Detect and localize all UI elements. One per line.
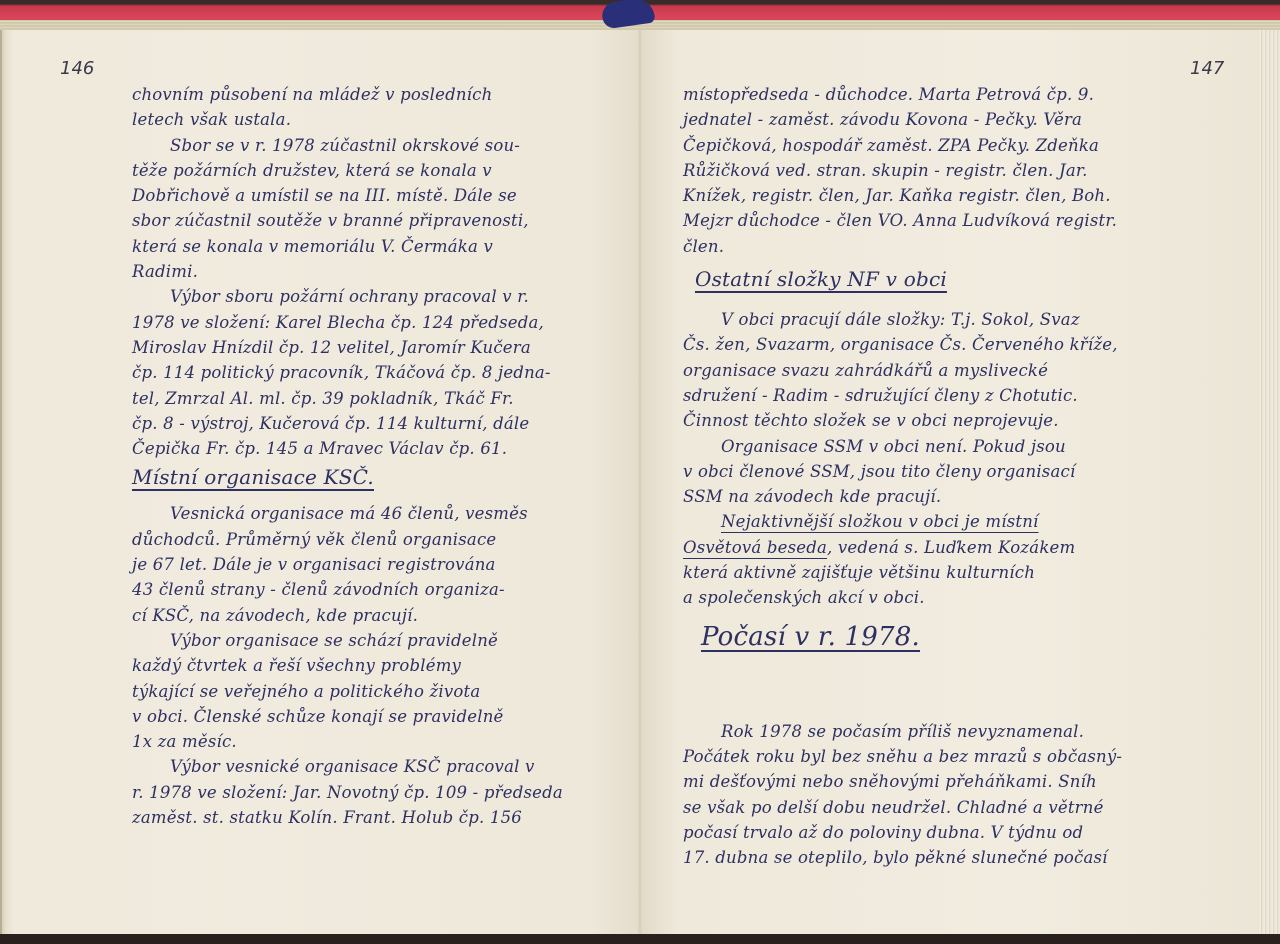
handwritten-line: 1978 ve složení: Karel Blecha čp. 124 př…: [132, 310, 563, 335]
line-text: Růžičková ved. stran. skupin - registr. …: [683, 161, 1088, 180]
line-text: 17. dubna se oteplilo, bylo pěkné sluneč…: [683, 848, 1108, 867]
handwritten-line: Výbor vesnické organisace KSČ pracoval v: [132, 754, 563, 779]
book-gutter: [638, 30, 642, 934]
line-text: důchodců. Průměrný věk členů organisace: [132, 530, 496, 549]
handwritten-line: Nejaktivnější složkou v obci je místní: [683, 509, 1122, 534]
handwritten-line: Knížek, registr. člen, Jar. Kaňka regist…: [683, 183, 1122, 208]
section-heading-ksc: Místní organisace KSČ.: [132, 465, 374, 490]
line-text: zaměst. st. statku Kolín. Frant. Holub č…: [132, 808, 522, 827]
handwritten-line: týkající se veřejného a politického živo…: [132, 679, 563, 704]
handwritten-line: Čs. žen, Svazarm, organisace Čs. Červené…: [683, 332, 1122, 357]
handwritten-line: Mejzr důchodce - člen VO. Anna Ludvíková…: [683, 208, 1122, 233]
handwritten-line: je 67 let. Dále je v organisaci registro…: [132, 552, 563, 577]
handwritten-line: SSM na závodech kde pracují.: [683, 484, 1122, 509]
nf-heading-line: Ostatní složky NF v obci: [683, 259, 1122, 307]
handwritten-line: Organisace SSM v obci není. Pokud jsou: [683, 434, 1122, 459]
line-text: počasí trvalo až do poloviny dubna. V tý…: [683, 823, 1083, 842]
line-text: organisace svazu zahrádkářů a myslivecké: [683, 361, 1048, 380]
handwritten-line: chovním působení na mládež v posledních: [132, 82, 563, 107]
handwritten-line: a společenských akcí v obci.: [683, 585, 1122, 610]
right-intro-paragraph: místopředseda - důchodce. Marta Petrová …: [683, 82, 1122, 259]
handwritten-line: cí KSČ, na závodech, kde pracují.: [132, 603, 563, 628]
handwritten-line: Počátek roku byl bez sněhu a bez mrazů s…: [683, 744, 1122, 769]
handwritten-line: jednatel - zaměst. závodu Kovona - Pečky…: [683, 107, 1122, 132]
handwritten-line: Vesnická organisace má 46 členů, vesměs: [132, 501, 563, 526]
line-text: Čepička Fr. čp. 145 a Mravec Václav čp. …: [132, 439, 507, 458]
line-text: Mejzr důchodce - člen VO. Anna Ludvíková…: [683, 211, 1117, 230]
line-text: sbor zúčastnil soutěže v branné připrave…: [132, 211, 529, 230]
handwritten-line: každý čtvrtek a řeší všechny problémy: [132, 653, 563, 678]
handwritten-line: Výbor sboru požární ochrany pracoval v r…: [132, 284, 563, 309]
line-text: mi dešťovými nebo sněhovými přeháňkami. …: [683, 772, 1097, 791]
line-text: Osvětová beseda: [683, 538, 827, 557]
handwritten-line: čp. 114 politický pracovník, Tkáčová čp.…: [132, 360, 563, 385]
line-text: a společenských akcí v obci.: [683, 588, 925, 607]
section-heading-nf: Ostatní složky NF v obci: [695, 267, 947, 292]
handwritten-line: Rok 1978 se počasím příliš nevyznamenal.: [683, 719, 1122, 744]
line-text: Vesnická organisace má 46 členů, vesměs: [170, 504, 528, 523]
handwritten-line: Čepička Fr. čp. 145 a Mravec Václav čp. …: [132, 436, 563, 461]
handwritten-line: člen.: [683, 234, 1122, 259]
line-text: Nejaktivnější složkou v obci je místní: [721, 512, 1039, 531]
handwritten-line: Růžičková ved. stran. skupin - registr. …: [683, 158, 1122, 183]
line-text: Výbor organisace se schází pravidelně: [170, 631, 498, 650]
handwritten-line: Miroslav Hnízdil čp. 12 velitel, Jaromír…: [132, 335, 563, 360]
line-text: r. 1978 ve složení: Jar. Novotný čp. 109…: [132, 783, 563, 802]
handwritten-line: 1x za měsíc.: [132, 729, 563, 754]
line-text: se však po delší dobu neudržel. Chladné …: [683, 798, 1104, 817]
handwritten-line: která se konala v memoriálu V. Čermáka v: [132, 234, 563, 259]
handwritten-line: Činnost těchto složek se v obci neprojev…: [683, 408, 1122, 433]
handwritten-line: Výbor organisace se schází pravidelně: [132, 628, 563, 653]
left-intro-paragraphs: chovním působení na mládež v posledníchl…: [132, 82, 563, 461]
line-text: letech však ustala.: [132, 110, 291, 129]
ksc-heading-line: Místní organisace KSČ.: [132, 461, 563, 501]
handwritten-line: 17. dubna se oteplilo, bylo pěkné sluneč…: [683, 845, 1122, 870]
ksc-paragraphs: Vesnická organisace má 46 členů, vesměsd…: [132, 501, 563, 830]
line-text: Výbor vesnické organisace KSČ pracoval v: [170, 757, 535, 776]
right-page-edges: [1258, 30, 1280, 934]
line-text: Miroslav Hnízdil čp. 12 velitel, Jaromír…: [132, 338, 531, 357]
line-text: je 67 let. Dále je v organisaci registro…: [132, 555, 496, 574]
handwritten-line: V obci pracují dále složky: T.j. Sokol, …: [683, 307, 1122, 332]
handwritten-line: důchodců. Průměrný věk členů organisace: [132, 527, 563, 552]
right-page-number: 147: [1190, 58, 1224, 79]
line-text: Radimi.: [132, 262, 198, 281]
line-text: Dobřichově a umístil se na III. místě. D…: [132, 186, 517, 205]
handwritten-line: organisace svazu zahrádkářů a myslivecké: [683, 358, 1122, 383]
line-text: V obci pracují dále složky: T.j. Sokol, …: [721, 310, 1080, 329]
line-text: která aktivně zajišťuje většinu kulturní…: [683, 563, 1035, 582]
line-text: jednatel - zaměst. závodu Kovona - Pečky…: [683, 110, 1082, 129]
line-text: těže požárních družstev, která se konala…: [132, 161, 492, 180]
line-text: člen.: [683, 237, 724, 256]
handwritten-line: čp. 8 - výstroj, Kučerová čp. 114 kultur…: [132, 411, 563, 436]
line-text: týkající se veřejného a politického živo…: [132, 682, 480, 701]
line-text: chovním působení na mládež v posledních: [132, 85, 492, 104]
line-text: která se konala v memoriálu V. Čermáka v: [132, 237, 493, 256]
weather-paragraph: Rok 1978 se počasím příliš nevyznamenal.…: [683, 719, 1122, 871]
left-page-text: chovním působení na mládež v posledníchl…: [132, 82, 563, 830]
osvetova-beseda-paragraph: Nejaktivnější složkou v obci je místníOs…: [683, 509, 1122, 610]
line-text: Knížek, registr. člen, Jar. Kaňka regist…: [683, 186, 1111, 205]
handwritten-line: letech však ustala.: [132, 107, 563, 132]
weather-heading-line: Počasí v r. 1978.: [683, 611, 1122, 689]
handwritten-line: sbor zúčastnil soutěže v branné připrave…: [132, 208, 563, 233]
handwritten-line: Osvětová beseda, vedená s. Luďkem Kozáke…: [683, 535, 1122, 560]
handwritten-line: tel, Zmrzal Al. ml. čp. 39 pokladník, Tk…: [132, 386, 563, 411]
handwritten-line: těže požárních družstev, která se konala…: [132, 158, 563, 183]
nf-paragraphs: V obci pracují dále složky: T.j. Sokol, …: [683, 307, 1122, 509]
handwritten-line: Radimi.: [132, 259, 563, 284]
right-page-text: místopředseda - důchodce. Marta Petrová …: [683, 82, 1122, 870]
line-text: 43 členů strany - členů závodních organi…: [132, 580, 505, 599]
handwritten-line: se však po delší dobu neudržel. Chladné …: [683, 795, 1122, 820]
spacer: [683, 689, 1122, 719]
line-text: 1978 ve složení: Karel Blecha čp. 124 př…: [132, 313, 544, 332]
line-text: cí KSČ, na závodech, kde pracují.: [132, 606, 418, 625]
line-text: SSM na závodech kde pracují.: [683, 487, 941, 506]
line-text: místopředseda - důchodce. Marta Petrová …: [683, 85, 1094, 104]
line-text: Rok 1978 se počasím příliš nevyznamenal.: [721, 722, 1084, 741]
line-text: každý čtvrtek a řeší všechny problémy: [132, 656, 461, 675]
handwritten-line: zaměst. st. statku Kolín. Frant. Holub č…: [132, 805, 563, 830]
line-text: Čepičková, hospodář zaměst. ZPA Pečky. Z…: [683, 136, 1099, 155]
handwritten-line: Sbor se v r. 1978 zúčastnil okrskové sou…: [132, 133, 563, 158]
line-text: Sbor se v r. 1978 zúčastnil okrskové sou…: [170, 136, 520, 155]
line-text: čp. 8 - výstroj, Kučerová čp. 114 kultur…: [132, 414, 529, 433]
handwritten-line: mi dešťovými nebo sněhovými přeháňkami. …: [683, 769, 1122, 794]
line-text: 1x za měsíc.: [132, 732, 237, 751]
line-text: v obci členové SSM, jsou tito členy orga…: [683, 462, 1075, 481]
left-page-number: 146: [60, 58, 94, 79]
line-text: Počátek roku byl bez sněhu a bez mrazů s…: [683, 747, 1122, 766]
handwritten-line: která aktivně zajišťuje většinu kulturní…: [683, 560, 1122, 585]
line-text: čp. 114 politický pracovník, Tkáčová čp.…: [132, 363, 551, 382]
handwritten-line: místopředseda - důchodce. Marta Petrová …: [683, 82, 1122, 107]
handwritten-line: Čepičková, hospodář zaměst. ZPA Pečky. Z…: [683, 133, 1122, 158]
handwritten-line: v obci členové SSM, jsou tito členy orga…: [683, 459, 1122, 484]
line-text-rest: , vedená s. Luďkem Kozákem: [827, 538, 1075, 557]
line-text: sdružení - Radim - sdružující členy z Ch…: [683, 386, 1078, 405]
handwritten-line: sdružení - Radim - sdružující členy z Ch…: [683, 383, 1122, 408]
section-heading-weather: Počasí v r. 1978.: [701, 625, 920, 650]
handwritten-line: v obci. Členské schůze konají se pravide…: [132, 704, 563, 729]
handwritten-line: Dobřichově a umístil se na III. místě. D…: [132, 183, 563, 208]
line-text: v obci. Členské schůze konají se pravide…: [132, 707, 504, 726]
line-text: Čs. žen, Svazarm, organisace Čs. Červené…: [683, 335, 1118, 354]
line-text: Výbor sboru požární ochrany pracoval v r…: [170, 287, 529, 306]
line-text: Organisace SSM v obci není. Pokud jsou: [721, 437, 1066, 456]
line-text: tel, Zmrzal Al. ml. čp. 39 pokladník, Tk…: [132, 389, 514, 408]
handwritten-line: počasí trvalo až do poloviny dubna. V tý…: [683, 820, 1122, 845]
line-text: Činnost těchto složek se v obci neprojev…: [683, 411, 1059, 430]
handwritten-line: r. 1978 ve složení: Jar. Novotný čp. 109…: [132, 780, 563, 805]
handwritten-line: 43 členů strany - členů závodních organi…: [132, 577, 563, 602]
